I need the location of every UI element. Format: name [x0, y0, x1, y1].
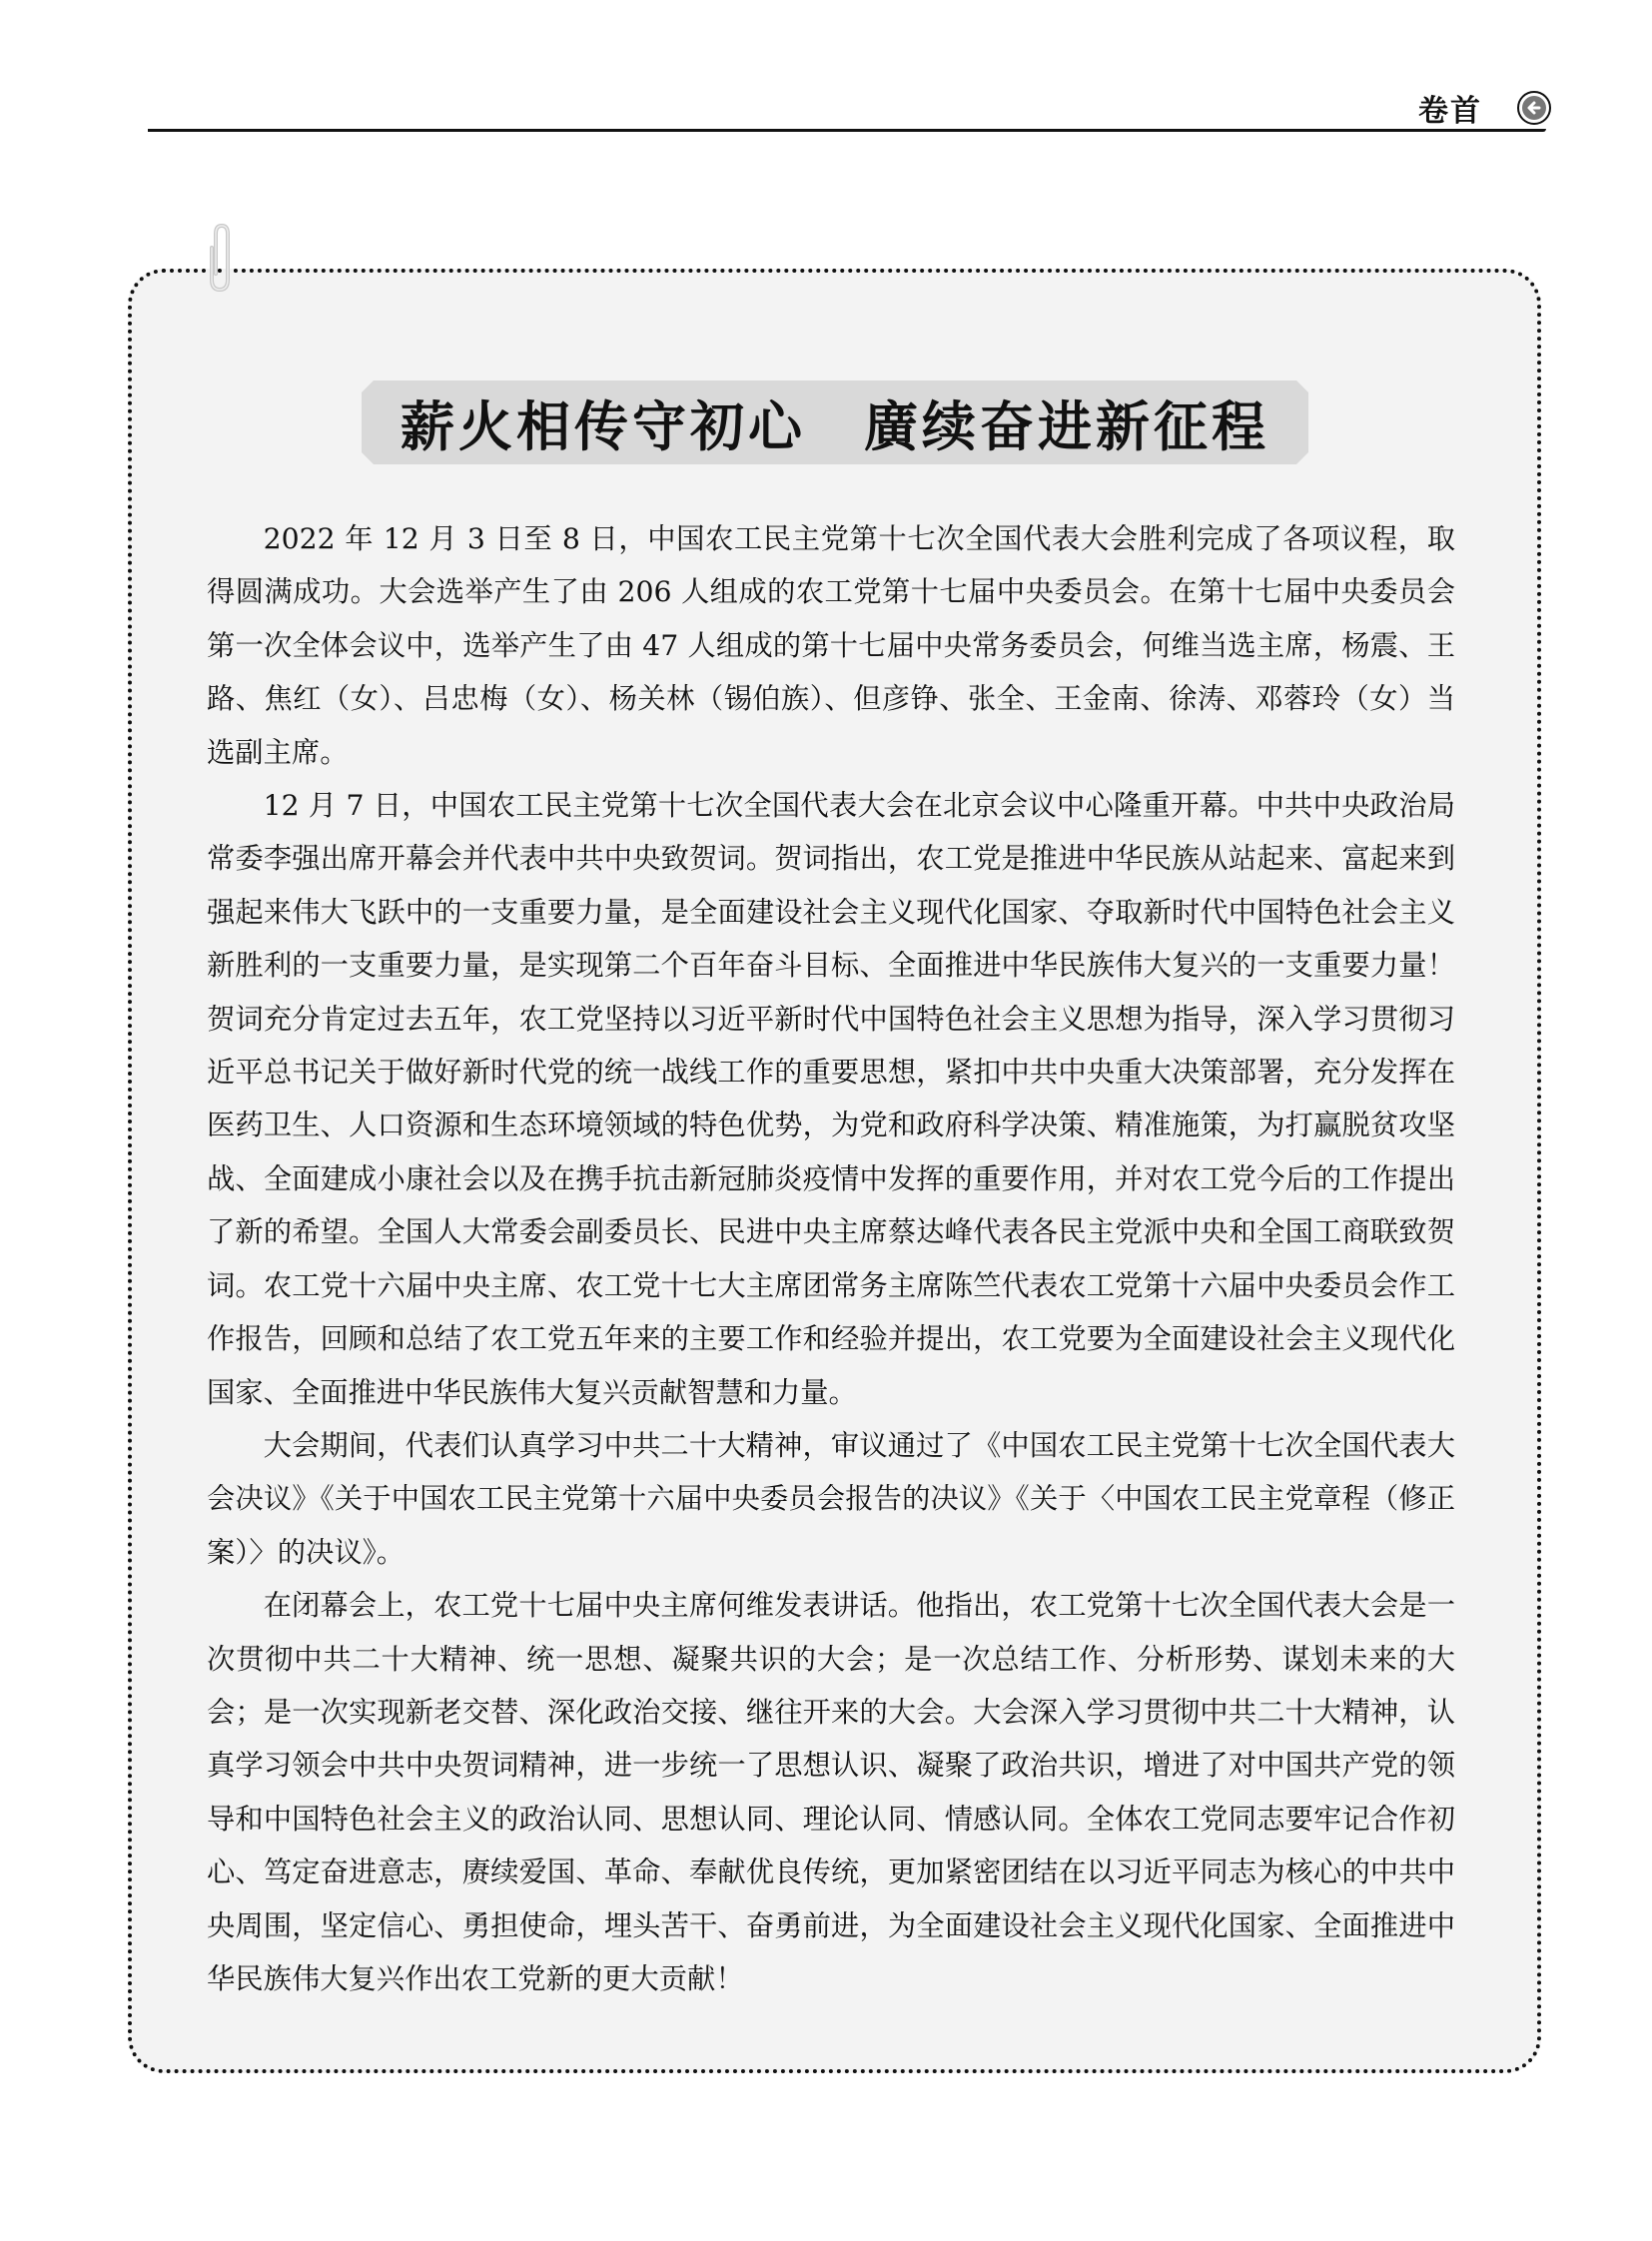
paragraph: 在闭幕会上，农工党十七届中央主席何维发表讲话。他指出，农工党第十七次全国代表大会… [207, 1579, 1455, 2005]
article-title: 薪火相传守初心 廣续奋进新征程 [401, 384, 1269, 461]
paperclip-icon [208, 224, 232, 292]
circle-arrow-left-icon[interactable] [1517, 91, 1551, 125]
paragraph: 大会期间，代表们认真学习中共二十大精神，审议通过了《中国农工民主党第十七次全国代… [207, 1419, 1455, 1579]
article-body: 2022 年 12 月 3 日至 8 日，中国农工民主党第十七次全国代表大会胜利… [207, 512, 1455, 2005]
title-banner: 薪火相传守初心 廣续奋进新征程 [362, 380, 1308, 464]
header-rule [148, 129, 1546, 132]
arrow-left-icon [1525, 99, 1543, 117]
paragraph: 2022 年 12 月 3 日至 8 日，中国农工民主党第十七次全国代表大会胜利… [207, 512, 1455, 779]
paragraph: 12 月 7 日，中国农工民主党第十七次全国代表大会在北京会议中心隆重开幕。中共… [207, 779, 1455, 1419]
section-title: 卷首 [1418, 86, 1482, 130]
